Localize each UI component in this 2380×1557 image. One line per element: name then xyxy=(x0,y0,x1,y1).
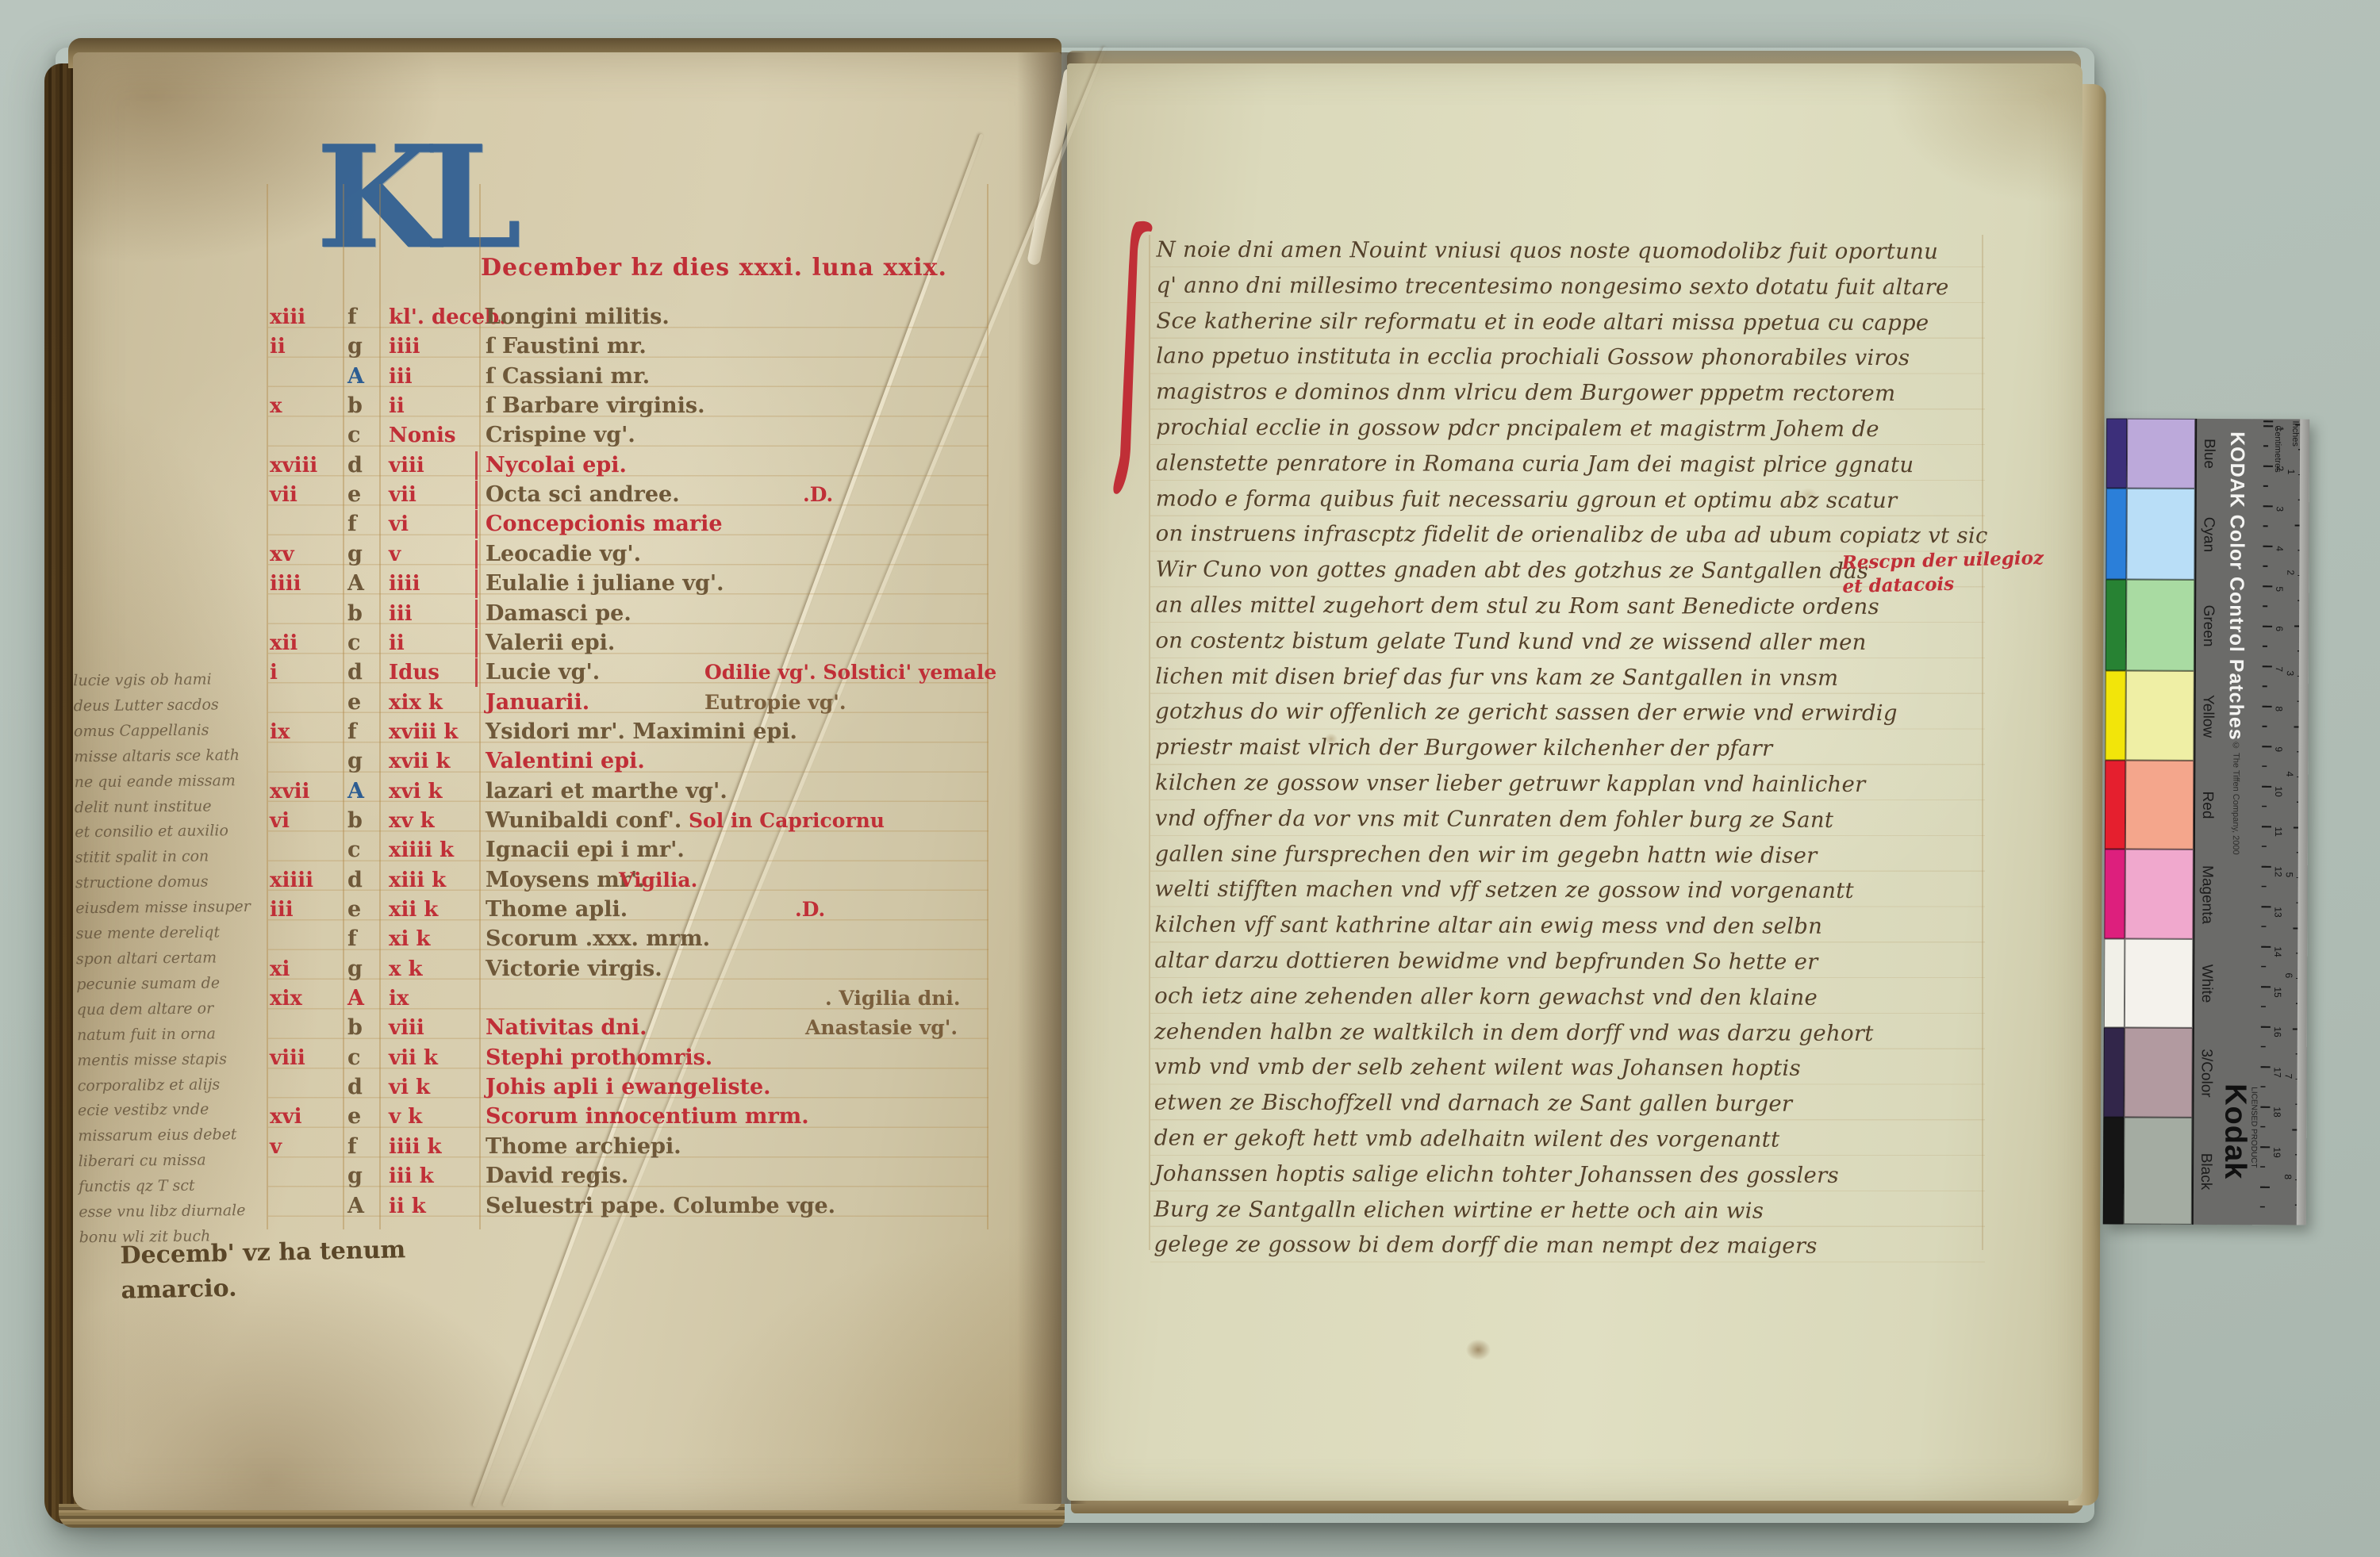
margin-note-line: mentis misse stapis xyxy=(77,1046,269,1073)
day-label: vi xyxy=(389,510,487,539)
ruler-number-inch: 4 xyxy=(2284,771,2295,777)
charter-text-line: alenstette penratore in Romana curia Jam… xyxy=(1156,445,1985,483)
card-row-label: Yellow xyxy=(2198,694,2216,737)
card-licensed-text: LICENSED PRODUCT xyxy=(2249,1087,2258,1168)
calendar-row: cxiiii kIgnacii epi i mr'. xyxy=(270,836,1000,866)
golden-number: i xyxy=(270,658,341,687)
feast-entry: Valentini epi. xyxy=(486,747,645,776)
charter-text-block: N noie dni amen Nouint vniusi quos noste… xyxy=(1154,232,1985,1265)
dominical-letter: A xyxy=(347,984,381,1013)
day-label: xi k xyxy=(389,925,487,953)
ruler-number-cm: 18 xyxy=(2271,1106,2282,1117)
calendar-row: iiiexii kThome apli..D. xyxy=(270,895,1000,926)
feast-entry: Octa sci andree. xyxy=(475,481,680,509)
cm-ruler-numbers: 12345678910111213141516171819 xyxy=(2197,419,2301,420)
ruler-number-cm: 3 xyxy=(2274,506,2286,512)
dominical-letter: c xyxy=(347,836,381,865)
color-patch-light xyxy=(2125,939,2193,1028)
color-patch-light xyxy=(2125,849,2193,939)
feast-entry: ſ Faustini mr. xyxy=(486,332,647,361)
charter-text-line: zehenden halbn ze waltkilch in dem dorff… xyxy=(1154,1014,1983,1052)
margin-note-line: lucie vgis ob hami xyxy=(73,667,265,694)
charter-text-line: on instruens infrascptz fidelit de orien… xyxy=(1156,516,1985,554)
margin-note-line: qua dem altare or xyxy=(77,996,269,1023)
ruler-number-inch: 6 xyxy=(2283,972,2294,978)
day-label: iii xyxy=(389,362,487,391)
charter-text-line: och ietz aine zehenden aller korn gewach… xyxy=(1154,978,1983,1016)
dominical-letter: g xyxy=(347,747,381,776)
dominical-letter: f xyxy=(347,510,381,539)
calendar-row: idIdusLucie vg'.Odilie vg'. Solstici' ye… xyxy=(270,658,1000,688)
golden-number: xii xyxy=(270,629,341,658)
feast-entry: Concepcionis marie xyxy=(475,510,723,539)
day-label: ix xyxy=(389,984,487,1013)
color-card-row xyxy=(2106,488,2195,579)
charter-text-line: Johanssen hoptis salige elichn tohter Jo… xyxy=(1154,1156,1983,1194)
dominical-letter: A xyxy=(347,362,381,391)
card-row-label: Blue xyxy=(2200,439,2217,469)
margin-note-line: pecunie sumam de xyxy=(76,971,268,998)
feast-entry: Thome apli. xyxy=(486,895,628,924)
margin-note-line: eiusdem misse insuper xyxy=(75,895,267,922)
dominical-letter: g xyxy=(347,1162,381,1191)
golden-number: xi xyxy=(270,955,341,984)
feast-entry: Leocadie vg'. xyxy=(475,540,641,569)
color-patch-dark xyxy=(2106,579,2127,670)
day-label: iiii xyxy=(389,569,487,598)
charter-text-line: vmb vnd vmb der selb zehent wilent was J… xyxy=(1154,1049,1983,1087)
color-patch-dark xyxy=(2105,760,2125,849)
feast-extra: Odilie vg'. Solstici' yemale xyxy=(704,658,996,687)
manuscript-photo: KL December hz dies xxxi. luna xxix. xii… xyxy=(0,0,2380,1557)
charter-text-line: magistros e dominos dnm vlricu dem Burgo… xyxy=(1156,374,1985,412)
day-label: xix k xyxy=(389,688,487,717)
color-patch-light xyxy=(2125,761,2194,849)
day-label: xiiii k xyxy=(389,836,487,865)
ruler-number-cm: 7 xyxy=(2274,666,2285,672)
ruler-number-cm: 6 xyxy=(2274,626,2285,631)
feast-entry: lazari et marthe vg'. xyxy=(486,777,727,806)
charter-text-line: priestr maist vlrich der Burgower kilche… xyxy=(1155,730,1984,768)
calendar-heading: December hz dies xxxi. luna xxix. xyxy=(481,254,947,282)
margin-note-line: delit nunt institue xyxy=(75,793,267,820)
margin-note-line: et consilio et auxilio xyxy=(75,819,267,846)
calendar-row: ixfxviii kYsidori mr'. Maximini epi. xyxy=(270,718,1000,748)
color-card-row xyxy=(2105,760,2194,849)
day-label: iii k xyxy=(389,1162,487,1191)
margin-note-line: deus Lutter sacdos xyxy=(73,692,265,719)
color-card-row-labels: BlueCyanGreenYellowRedMagentaWhite3/Colo… xyxy=(2197,419,2301,420)
dominical-letter: e xyxy=(347,1103,381,1131)
charter-text-line: lano ppetuo instituta in ecclia prochial… xyxy=(1156,339,1985,377)
ruler-number-cm: 14 xyxy=(2272,946,2283,957)
feast-extra: Anastasie vg'. xyxy=(805,1014,958,1042)
margin-note-line: omus Cappellanis xyxy=(74,718,266,745)
color-card-row xyxy=(2104,849,2193,938)
feast-entry: Seluestri pape. Columbe vge. xyxy=(486,1192,835,1221)
charter-text-line: prochial ecclie in gossow pdcr pncipalem… xyxy=(1156,410,1985,448)
color-card: BlueCyanGreenYellowRedMagentaWhite3/Colo… xyxy=(2103,418,2309,1225)
dominical-letter: g xyxy=(347,540,381,569)
rubric-margin-note-line: Rescpn der uilegioz xyxy=(1841,546,2044,575)
day-label: vii k xyxy=(389,1044,487,1072)
dominical-letter: b xyxy=(347,807,381,835)
footer-note-line: Decemb' vz ha tenum xyxy=(120,1233,406,1274)
day-label: xviii k xyxy=(389,718,487,746)
dominical-letter: g xyxy=(347,332,381,361)
dominical-letter: d xyxy=(347,451,381,480)
feast-extra: . Vigilia dni. xyxy=(825,984,961,1013)
margin-note-line: sue mente dereliqt xyxy=(76,920,268,947)
color-patch-light xyxy=(2126,489,2195,580)
dominical-letter: f xyxy=(347,1133,381,1161)
color-patch-light xyxy=(2127,419,2195,489)
color-patch-light xyxy=(2124,1118,2193,1225)
ruler-number-cm: 9 xyxy=(2273,746,2284,752)
charter-text-line: gallen sine fursprechen den wir im gegeb… xyxy=(1155,836,1984,874)
left-margin-note: lucie vgis ob hamideus Lutter sacdosomus… xyxy=(73,667,271,1251)
day-label: viii xyxy=(389,1014,487,1042)
margin-note-line: structione domus xyxy=(75,869,267,896)
golden-number: xv xyxy=(270,540,341,569)
ruler-number-cm: 5 xyxy=(2274,586,2285,592)
ruler-number-inch: 7 xyxy=(2283,1073,2294,1079)
margin-note-line: esse vnu libz diurnale xyxy=(79,1198,271,1225)
day-label: xvii k xyxy=(389,747,487,776)
card-row-label: 3/Color xyxy=(2197,1049,2214,1097)
feast-entry: Valerii epi. xyxy=(475,629,615,658)
calendar-row: xixAix. Vigilia dni. xyxy=(270,984,1000,1014)
calendar-row: xviiAxvi klazari et marthe vg'. xyxy=(270,777,1000,807)
calendar-row: giii kDavid regis. xyxy=(270,1162,1000,1192)
golden-number: vii xyxy=(270,481,341,509)
feast-entry: Victorie virgis. xyxy=(486,955,662,984)
feast-extra: Eutropie vg'. xyxy=(704,688,846,717)
color-patch-dark xyxy=(2104,938,2125,1027)
calendar-row: fviConcepcionis marie xyxy=(270,510,1000,540)
golden-number: x xyxy=(270,392,341,420)
day-label: x k xyxy=(389,955,487,984)
card-copyright: © The Tiffen Company, 2000 xyxy=(2231,741,2249,855)
dominical-letter: g xyxy=(347,955,381,984)
day-label: ii k xyxy=(389,1192,487,1221)
golden-number: xix xyxy=(270,984,341,1013)
ruler-number-cm: 8 xyxy=(2274,706,2285,711)
calendar-row: Aii kSeluestri pape. Columbe vge. xyxy=(270,1192,1000,1222)
margin-note-line: ecie vestibz vnde xyxy=(78,1097,270,1124)
charter-text-line: on costentz bistum gelate Tund kund vnd … xyxy=(1155,623,1984,661)
feast-entry: Lucie vg'. xyxy=(475,658,600,687)
dominical-letter: c xyxy=(347,421,381,450)
charter-text-line: vnd offner da vor vns mit Cunraten dem f… xyxy=(1155,800,1984,838)
dominical-letter: A xyxy=(347,777,381,806)
calendar-row: Aiiiſ Cassiani mr. xyxy=(270,362,1000,393)
feast-entry: ſ Cassiani mr. xyxy=(486,362,650,391)
dominical-letter: A xyxy=(347,569,381,598)
calendar-footer-note: Decemb' vz ha tenum amarcio. xyxy=(120,1233,406,1309)
dominical-letter: e xyxy=(347,895,381,924)
day-label: iiii k xyxy=(389,1133,487,1161)
golden-number: vi xyxy=(270,807,341,835)
charter-text-line: etwen ze Bischoffzell vnd darnach ze San… xyxy=(1154,1085,1983,1123)
feast-entry: Eulalie i juliane vg'. xyxy=(475,569,724,598)
margin-note-line: functis qz T sct xyxy=(79,1173,271,1200)
ruler-number-cm: 17 xyxy=(2272,1067,2283,1077)
calendar-row: xbiiſ Barbare virginis. xyxy=(270,392,1000,422)
feast-entry: Ignacii epi i mr'. xyxy=(486,836,685,865)
dominical-letter: c xyxy=(347,1044,381,1072)
card-title: KODAK Color Control Patches© The Tiffen … xyxy=(2224,431,2248,854)
feast-extra: .D. xyxy=(803,481,833,509)
feast-extra: .D. xyxy=(795,895,825,924)
day-label: ii xyxy=(389,392,487,420)
calendar-row: xvgvLeocadie vg'. xyxy=(270,540,1000,570)
day-label: xvi k xyxy=(389,777,487,806)
dominical-letter: d xyxy=(347,1073,381,1102)
dominical-letter: e xyxy=(347,688,381,717)
charter-text-line: welti stifften machen vnd vff setzen ze … xyxy=(1154,872,1983,910)
ruler-number-inch: 1 xyxy=(2286,469,2297,474)
color-card-row xyxy=(2103,1027,2192,1117)
card-row-label: White xyxy=(2198,964,2215,1003)
calendar-row: xigx kVictorie virgis. xyxy=(270,955,1000,985)
day-label: iii xyxy=(389,600,487,628)
charter-text-line: den er gekoft hett vmb adelhaitn wilent … xyxy=(1154,1121,1983,1159)
day-label: xii k xyxy=(389,895,487,924)
day-label: ii xyxy=(389,629,487,658)
calendar-row: fxi kScorum .xxx. mrm. xyxy=(270,925,1000,955)
feast-extra: Vigilia. xyxy=(619,866,697,895)
feast-entry: Thome archiepi. xyxy=(486,1133,681,1161)
calendar-row: biiiDamasci pe. xyxy=(270,600,1000,630)
charter-text-line: gelege ze gossow bi dem dorff die man ne… xyxy=(1154,1227,1983,1265)
feast-entry: Scorum innocentium mrm. xyxy=(486,1103,809,1131)
feast-entry: Damasci pe. xyxy=(475,600,631,628)
inch-ruler-numbers: 12345678 xyxy=(2197,419,2301,420)
charter-text-line: lichen mit disen brief das fur vns kam z… xyxy=(1155,658,1984,696)
day-label: v xyxy=(389,540,487,569)
calendar-row: xiiiidxiii kMoysens mr'.Vigilia. xyxy=(270,866,1000,896)
charter-text-line: Sce katherine silr reformatu et in eode … xyxy=(1156,303,1985,341)
day-label: vi k xyxy=(389,1073,487,1102)
color-patch-dark xyxy=(2103,1027,2124,1117)
color-patch-dark xyxy=(2106,488,2127,579)
ruler-number-cm: 12 xyxy=(2273,866,2284,876)
golden-number: v xyxy=(270,1133,341,1161)
day-label: kl'. deceb. xyxy=(389,303,487,332)
color-patch-light xyxy=(2125,671,2194,761)
color-card-row xyxy=(2106,418,2195,488)
dominical-letter: b xyxy=(347,392,381,420)
golden-number: iiii xyxy=(270,569,341,598)
charter-text-line: gotzhus do wir offenlich ze gericht sass… xyxy=(1155,694,1984,732)
feast-entry: Stephi prothomris. xyxy=(486,1044,712,1072)
dominical-letter: f xyxy=(347,303,381,332)
ruler-number-cm: 2 xyxy=(2274,466,2286,471)
ruler-number-cm: 4 xyxy=(2274,546,2285,551)
golden-number: viii xyxy=(270,1044,341,1072)
dominical-letter: f xyxy=(347,925,381,953)
color-card-row xyxy=(2104,938,2193,1027)
kodak-logo: Kodak xyxy=(2217,1083,2252,1179)
calendar-row: xviev kScorum innocentium mrm. xyxy=(270,1103,1000,1133)
feast-entry: Januarii. xyxy=(486,688,589,717)
margin-note-line: natum fuit in orna xyxy=(77,1021,269,1048)
golden-number: xvi xyxy=(270,1103,341,1131)
feast-entry: Crispine vg'. xyxy=(486,421,635,450)
golden-number: xviii xyxy=(270,451,341,480)
calendar-row: iiiiAiiiiEulalie i juliane vg'. xyxy=(270,569,1000,600)
margin-note-line: corporalibz et alijs xyxy=(78,1072,270,1099)
charter-text-line: modo e forma quibus fuit necessariu ggro… xyxy=(1156,481,1985,519)
golden-number: ii xyxy=(270,332,341,361)
margin-note-line: ne qui eande missam xyxy=(75,768,267,795)
ruler-number-cm: 13 xyxy=(2272,907,2283,917)
calendar-row: xiiifkl'. deceb.Longini militis. xyxy=(270,303,1000,333)
calendar-row: viiicvii kStephi prothomris. xyxy=(270,1044,1000,1074)
calendar-row: iigiiiiſ Faustini mr. xyxy=(270,332,1000,362)
golden-number: ix xyxy=(270,718,341,746)
charter-text-line: kilchen vff sant kathrine altar ain ewig… xyxy=(1154,907,1983,945)
dominical-letter: c xyxy=(347,629,381,658)
golden-number: xiiii xyxy=(270,866,341,895)
golden-number: iii xyxy=(270,895,341,924)
ruler-label-inches: Inches xyxy=(2290,420,2300,446)
dominical-letter: f xyxy=(347,718,381,746)
card-row-label: Black xyxy=(2197,1152,2214,1190)
color-card-patches xyxy=(2103,418,2195,1224)
color-card-row xyxy=(2105,670,2194,760)
charter-text-line: kilchen ze gossow vnser lieber getruwr k… xyxy=(1155,765,1984,803)
feast-extra: Sol in Capricornu xyxy=(689,807,885,835)
margin-note-line: liberari cu missa xyxy=(79,1148,271,1175)
ruler-number-inch: 5 xyxy=(2284,872,2295,877)
feast-entry: Nativitas dni. xyxy=(486,1014,647,1042)
calendar-row: xviiidviiiNycolai epi. xyxy=(270,451,1000,481)
ruler-number-inch: 2 xyxy=(2285,569,2296,575)
margin-note-line: spon altari certam xyxy=(76,945,268,972)
dominical-letter: d xyxy=(347,866,381,895)
footer-note-line: amarcio. xyxy=(121,1267,407,1309)
calendar-row: exix kJanuarii.Eutropie vg'. xyxy=(270,688,1000,719)
charter-text-line: Burg ze Santgalln elichen wirtine er het… xyxy=(1154,1191,1983,1229)
feast-entry: Ysidori mr'. Maximini epi. xyxy=(486,718,797,746)
card-row-label: Cyan xyxy=(2199,516,2217,551)
calendar-row: xiiciiValerii epi. xyxy=(270,629,1000,659)
card-title-text: KODAK Color Control Patches xyxy=(2225,431,2248,741)
color-patch-dark xyxy=(2105,670,2125,760)
dominical-letter: d xyxy=(347,658,381,687)
ruler-number-cm: 1 xyxy=(2274,426,2286,431)
day-label: vii xyxy=(389,481,487,509)
calendar-row: bviiiNativitas dni.Anastasie vg'. xyxy=(270,1014,1000,1044)
charter-text-line: N noie dni amen Nouint vniusi quos noste… xyxy=(1157,232,1986,270)
day-label: xiii k xyxy=(389,866,487,895)
color-card-row xyxy=(2106,579,2195,670)
calendar-row: vfiiii kThome archiepi. xyxy=(270,1133,1000,1163)
golden-number: xvii xyxy=(270,777,341,806)
color-patch-dark xyxy=(2104,849,2125,938)
card-row-label: Red xyxy=(2198,792,2216,819)
color-card-label-panel: BlueCyanGreenYellowRedMagentaWhite3/Colo… xyxy=(2192,419,2301,1225)
color-patch-light xyxy=(2124,1028,2192,1118)
feast-entry: Scorum .xxx. mrm. xyxy=(486,925,710,953)
ruler-number-cm: 16 xyxy=(2272,1026,2283,1037)
red-initial-i xyxy=(1109,219,1157,504)
golden-number: xiii xyxy=(270,303,341,332)
day-label: Idus xyxy=(389,658,487,687)
card-row-label: Green xyxy=(2199,604,2217,646)
ruler-number-cm: 10 xyxy=(2273,786,2284,796)
calendar-row: cNonisCrispine vg'. xyxy=(270,421,1000,451)
dominical-letter: A xyxy=(347,1192,381,1221)
ruler-number-cm: 11 xyxy=(2273,826,2284,837)
color-card-row xyxy=(2103,1117,2193,1224)
dominical-letter: b xyxy=(347,600,381,628)
calendar-row: vibxv kWunibaldi conf'.Sol in Capricornu xyxy=(270,807,1000,837)
dominical-letter: e xyxy=(347,481,381,509)
calendar-row: gxvii kValentini epi. xyxy=(270,747,1000,777)
feast-entry: ſ Barbare virginis. xyxy=(486,392,705,420)
ruler-number-inch: 3 xyxy=(2285,670,2296,676)
color-patch-dark xyxy=(2103,1117,2125,1224)
calendar-row: dvi kJohis apli i ewangeliste. xyxy=(270,1073,1000,1103)
ruler-number-cm: 19 xyxy=(2271,1147,2282,1157)
day-label: Nonis xyxy=(389,421,487,450)
calendar-rows: xiiifkl'. deceb.Longini militis.iigiiiiſ… xyxy=(270,303,1000,1231)
margin-note-line: stitit spalit in con xyxy=(75,844,267,871)
day-label: viii xyxy=(389,451,487,480)
margin-note-line: misse altaris sce kath xyxy=(74,742,266,769)
feast-entry: Johis apli i ewangeliste. xyxy=(486,1073,771,1102)
charter-text-line: altar darzu dottieren bewidme vnd bepfru… xyxy=(1154,943,1983,981)
feast-entry: Wunibaldi conf'. xyxy=(486,807,681,835)
rubric-margin-note-line: et datacois xyxy=(1842,570,2044,599)
day-label: v k xyxy=(389,1103,487,1131)
margin-note-line: missarum eius debet xyxy=(78,1122,270,1149)
feast-entry: David regis. xyxy=(486,1162,628,1191)
ruler-number-cm: 15 xyxy=(2272,987,2283,997)
rubric-margin-note: Rescpn der uilegioz et datacois xyxy=(1841,546,2044,599)
color-patch-light xyxy=(2126,580,2195,671)
charter-text-line: q' anno dni millesimo trecentesimo nonge… xyxy=(1156,267,1985,305)
dominical-letter: b xyxy=(347,1014,381,1042)
ruler-number-inch: 8 xyxy=(2282,1174,2294,1179)
day-label: xv k xyxy=(389,807,487,835)
feast-entry: Longini militis. xyxy=(486,303,670,332)
calendar-row: viieviiOcta sci andree..D. xyxy=(270,481,1000,511)
color-patch-dark xyxy=(2106,418,2127,488)
feast-entry: Nycolai epi. xyxy=(475,451,627,480)
card-row-label: Magenta xyxy=(2198,865,2215,923)
day-label: iiii xyxy=(389,332,487,361)
